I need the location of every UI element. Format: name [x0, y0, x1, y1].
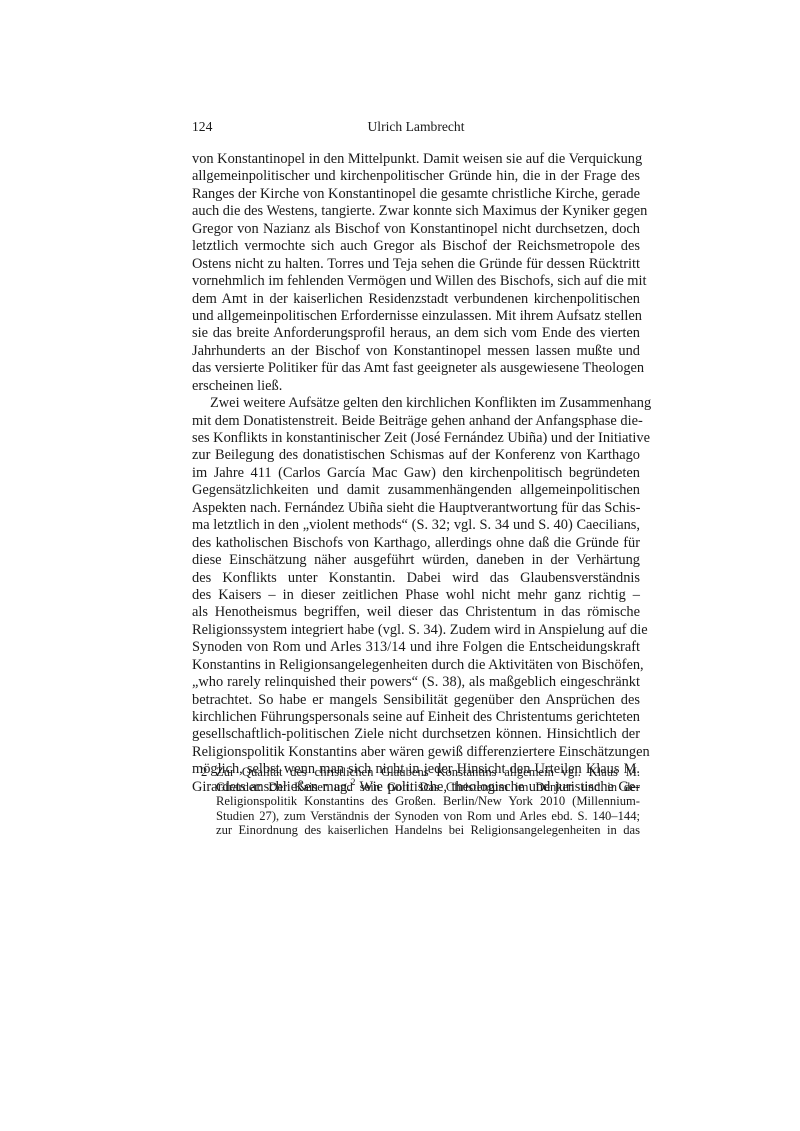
text-line: Religionspolitik Konstantins aber wären … — [192, 744, 640, 761]
text-line: erscheinen ließ. — [192, 378, 640, 395]
text-line: Konstantins in Religionsangelegenheiten … — [192, 657, 640, 674]
text-line: kirchlichen Führungspersonals seine auf … — [192, 709, 640, 726]
text-line: mit dem Donatistenstreit. Beide Beiträge… — [192, 413, 640, 430]
footnote-line: Religionspolitik Konstantins des Großen.… — [216, 794, 640, 809]
text-line: vornehmlich im fehlenden Vermögen und Wi… — [192, 273, 640, 290]
footnote-number: 2 — [201, 765, 207, 780]
text-line: „who rarely relinquished their powers“ (… — [192, 674, 640, 691]
text-line: sie das breite Anforderungsprofil heraus… — [192, 325, 640, 342]
footnote-line: Zur Qualität des christlichen Glaubens K… — [216, 765, 640, 780]
footnote-2: 2 Zur Qualität des christlichen Glaubens… — [192, 765, 640, 838]
footnote-line: Studien 27), zum Verständnis der Synoden… — [216, 809, 640, 824]
footnote-body: Zur Qualität des christlichen Glaubens K… — [216, 765, 640, 838]
text-line: letztlich vermochte sich auch Gregor als… — [192, 238, 640, 255]
text-line: als Henotheismus begriffen, weil dieser … — [192, 604, 640, 621]
paragraph-2: Zwei weitere Aufsätze gelten den kirchli… — [192, 395, 640, 796]
text-line: betrachtet. So habe er mangels Sensibili… — [192, 692, 640, 709]
text-line: Jahrhunderts an der Bischof von Konstant… — [192, 343, 640, 360]
text-line: allgemeinpolitischer und kirchenpolitisc… — [192, 168, 640, 185]
footnote-line: zur Einordnung des kaiserlichen Handelns… — [216, 823, 640, 838]
document-page: 124 Ulrich Lambrecht von Konstantinopel … — [0, 0, 800, 1131]
text-line: des Kaisers – in dieser zeitlichen Phase… — [192, 587, 640, 604]
text-line: Gegensätzlichkeiten und damit zusammenhä… — [192, 482, 640, 499]
text-line: dem Amt in der kaiserlichen Residenzstad… — [192, 291, 640, 308]
running-head: 124 Ulrich Lambrecht — [192, 119, 640, 135]
text-line: Synoden von Rom und Arles 313/14 und ihr… — [192, 639, 640, 656]
text-line: des Konflikts unter Konstantin. Dabei wi… — [192, 570, 640, 587]
footnotes: 2 Zur Qualität des christlichen Glaubens… — [192, 765, 640, 838]
text-line: ma letztlich in den „violent methods“ (S… — [192, 517, 640, 534]
text-line: Aspekten nach. Fernández Ubiña sieht die… — [192, 500, 640, 517]
text-line: auch die des Westens, tangierte. Zwar ko… — [192, 203, 640, 220]
text-line: Religionssystem integriert habe (vgl. S.… — [192, 622, 640, 639]
text-line: von Konstantinopel in den Mittelpunkt. D… — [192, 151, 640, 168]
text-line: und allgemeinpolitischen Erfordernisse e… — [192, 308, 640, 325]
text-line: Gregor von Nazianz als Bischof von Konst… — [192, 221, 640, 238]
text-line: Ostens nicht zu halten. Torres und Teja … — [192, 256, 640, 273]
paragraph-1: von Konstantinopel in den Mittelpunkt. D… — [192, 151, 640, 395]
running-title: Ulrich Lambrecht — [192, 119, 640, 135]
text-line: gesellschaftlich-politischen Ziele nicht… — [192, 726, 640, 743]
text-line: diese Einschätzung näher ausgeführt würd… — [192, 552, 640, 569]
text-line: Ranges der Kirche von Konstantinopel die… — [192, 186, 640, 203]
text-line: zur Beilegung des donatistischen Schisma… — [192, 447, 640, 464]
text-line: im Jahre 411 (Carlos García Mac Gaw) den… — [192, 465, 640, 482]
body-text: von Konstantinopel in den Mittelpunkt. D… — [192, 151, 640, 796]
text-line: das versierte Politiker für das Amt fast… — [192, 360, 640, 377]
text-line: des katholischen Bischofs von Karthago, … — [192, 535, 640, 552]
text-line: Zwei weitere Aufsätze gelten den kirchli… — [192, 395, 640, 412]
footnote-line: Girardet: Der Kaiser und sein Gott. Das … — [216, 780, 640, 795]
text-line: ses Konflikts in konstantinischer Zeit (… — [192, 430, 640, 447]
